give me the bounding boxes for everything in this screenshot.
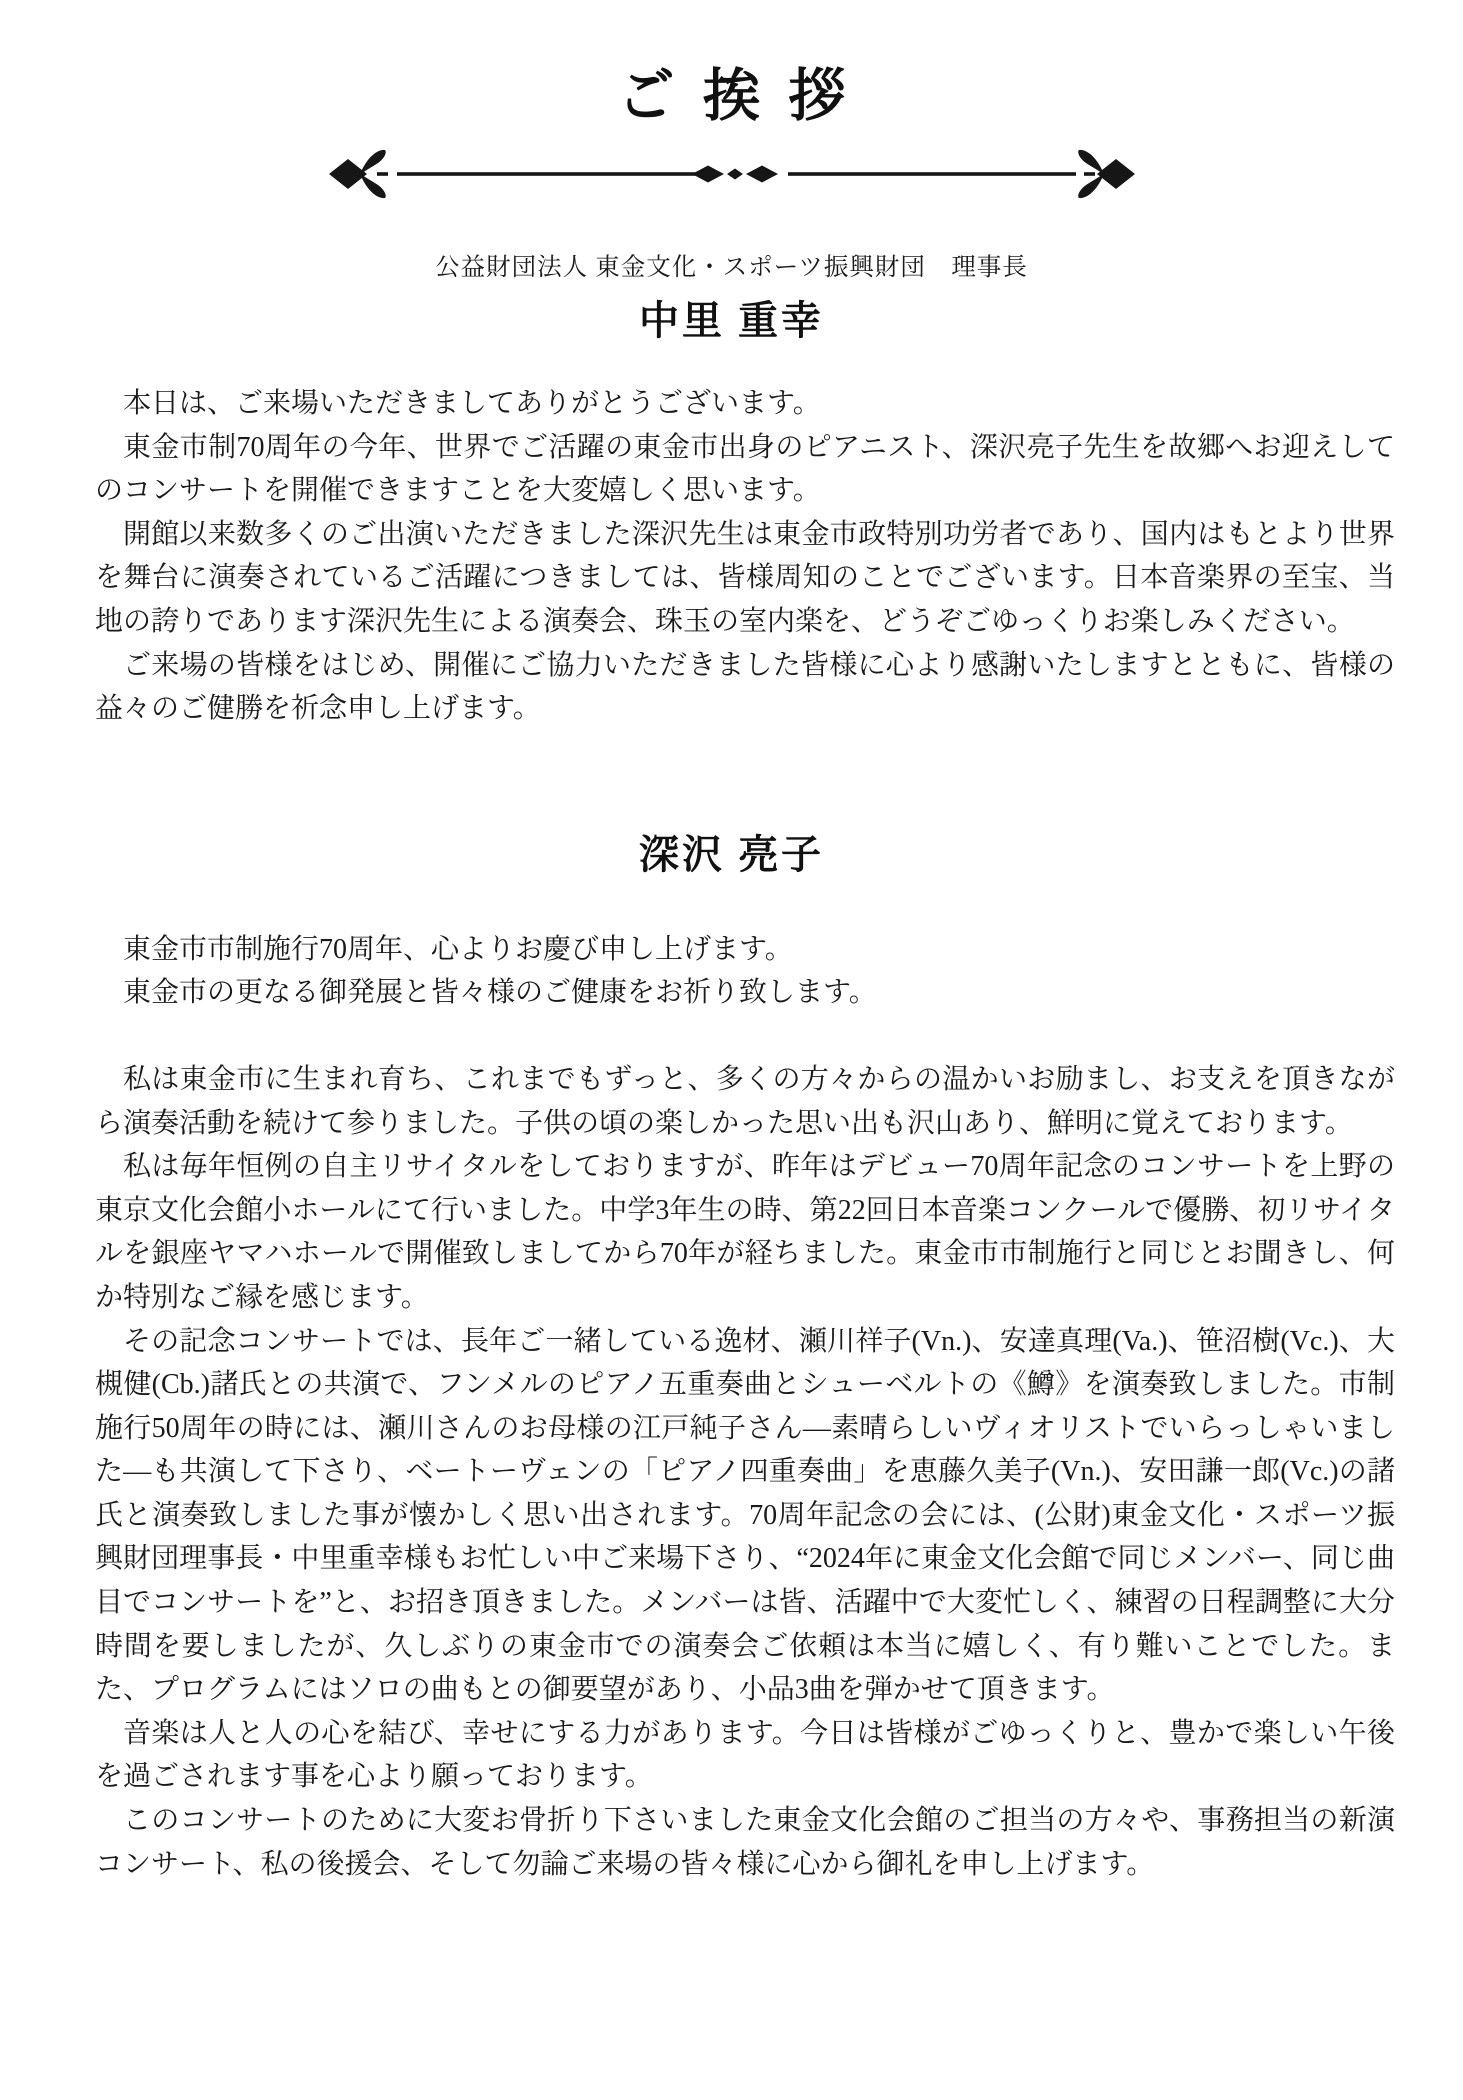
divider-dash-right: [1084, 172, 1095, 176]
paragraph: このコンサートのために大変お骨折り下さいました東金文化会館のご担当の方々や、事務…: [95, 1799, 1395, 1886]
divider-center-diamonds-icon: [692, 166, 778, 183]
greeting-line: 東金市市制施行70周年、心よりお慶び申し上げます。: [95, 928, 1395, 972]
greeting-line: 東金市の更なる御発展と皆々様のご健康をお祈り致します。: [95, 971, 1395, 1015]
paragraph: 私は毎年恒例の自主リサイタルをしておりますが、昨年はデビュー70周年記念のコンサ…: [95, 1145, 1395, 1319]
paragraph: ご来場の皆様をはじめ、開催にご協力いただきました皆様に心より感謝いたしますととも…: [95, 644, 1395, 731]
greeting-message-nakazato: 本日は、ご来場いただきましてありがとうございます。 東金市制70周年の今年、世界…: [95, 382, 1395, 731]
paragraph: 私は東金市に生まれ育ち、これまでもずっと、多くの方々からの温かいお励まし、お支え…: [95, 1058, 1395, 1145]
divider-dash-left: [377, 172, 388, 176]
paragraph: 音楽は人と人の心を結び、幸せにする力があります。今日は皆様がごゆっくりと、豊かで…: [95, 1712, 1395, 1799]
person-name-fukazawa: 深沢 亮子: [0, 823, 1463, 880]
divider-rule-left: [397, 172, 697, 176]
program-greeting-page: ご挨拶 公益財団法人 東金文化・スポーツ振興財団 理事長 中里 重幸 本日は、ご…: [0, 0, 1463, 2100]
person-name-nakazato: 中里 重幸: [0, 289, 1463, 346]
paragraph: その記念コンサートでは、長年ご一緒している逸材、瀬川祥子(Vn.)、安達真理(V…: [95, 1320, 1395, 1712]
organization-title: 公益財団法人 東金文化・スポーツ振興財団 理事長: [0, 248, 1463, 283]
paragraph: 東金市制70周年の今年、世界でご活躍の東金市出身のピアニスト、深沢亮子先生を故郷…: [95, 426, 1395, 513]
divider-rule-right: [788, 172, 1076, 176]
page-title: ご挨拶: [0, 0, 1463, 132]
greeting-message-fukazawa: 東金市市制施行70周年、心よりお慶び申し上げます。 東金市の更なる御発展と皆々様…: [95, 928, 1395, 1886]
paragraph: 本日は、ご来場いただきましてありがとうございます。: [95, 382, 1395, 426]
paragraph: 開館以来数多くのご出演いただきました深沢先生は東金市政特別功労者であり、国内はも…: [95, 513, 1395, 644]
ornamental-divider: [327, 146, 1137, 202]
